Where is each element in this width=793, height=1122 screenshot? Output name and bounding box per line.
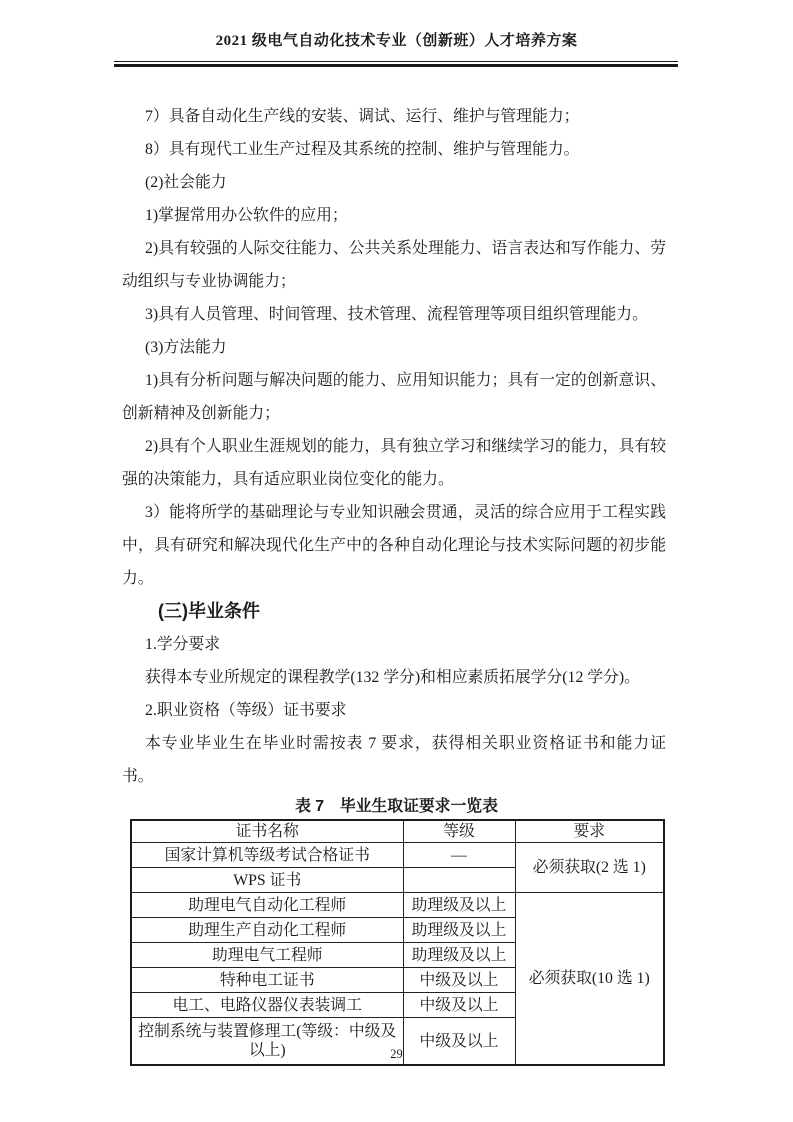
cert-level-cell: — [403,843,515,868]
page-number: 29 [0,1047,793,1062]
body-paragraph: 本专业毕业生在毕业时需按表 7 要求，获得相关职业资格证书和能力证书。 [122,727,666,793]
body-paragraph: 获得本专业所规定的课程教学(132 学分)和相应素质拓展学分(12 学分)。 [122,661,666,694]
cert-name-cell: 助理电气工程师 [131,943,403,968]
column-header-level: 等级 [403,820,515,843]
body-paragraph: 1.学分要求 [122,628,666,661]
body-paragraph: 3)具有人员管理、时间管理、技术管理、流程管理等项目组织管理能力。 [122,298,666,331]
body-paragraph: 1)掌握常用办公软件的应用； [122,199,666,232]
document-header: 2021 级电气自动化技术专业（创新班）人才培养方案 [0,0,793,67]
table-row: 助理电气自动化工程师 助理级及以上 必须获取(10 选 1) [131,893,664,918]
table-row: 国家计算机等级考试合格证书 — 必须获取(2 选 1) [131,843,664,868]
column-header-requirement: 要求 [515,820,664,843]
certificates-table: 证书名称 等级 要求 国家计算机等级考试合格证书 — 必须获取(2 选 1) W… [130,819,665,1066]
cert-level-cell: 助理级及以上 [403,893,515,918]
cert-level-cell: 助理级及以上 [403,943,515,968]
document-page: 2021 级电气自动化技术专业（创新班）人才培养方案 7）具备自动化生产线的安装… [0,0,793,1122]
document-body: 7）具备自动化生产线的安装、调试、运行、维护与管理能力； 8）具有现代工业生产过… [122,100,666,793]
header-double-rule [114,61,678,67]
cert-name-cell: WPS 证书 [131,868,403,893]
section-heading-graduation-conditions: (三)毕业条件 [122,595,666,628]
body-paragraph: 2.职业资格（等级）证书要求 [122,694,666,727]
cert-level-cell: 中级及以上 [403,993,515,1018]
document-header-title: 2021 级电气自动化技术专业（创新班）人才培养方案 [0,30,793,52]
column-header-cert-name: 证书名称 [131,820,403,843]
cert-requirement-cell: 必须获取(10 选 1) [515,893,664,1066]
table-caption: 表 7 毕业生取证要求一览表 [130,795,663,819]
certificates-table-block: 表 7 毕业生取证要求一览表 证书名称 等级 要求 国家计算机等级考试合格证书 … [130,795,663,1066]
cert-name-cell: 电工、电路仪器仪表装调工 [131,993,403,1018]
body-paragraph: 1)具有分析问题与解决问题的能力、应用知识能力；具有一定的创新意识、创新精神及创… [122,364,666,430]
cert-level-cell: 中级及以上 [403,968,515,993]
body-paragraph: (2)社会能力 [122,166,666,199]
cert-name-cell: 国家计算机等级考试合格证书 [131,843,403,868]
cert-name-cell: 助理电气自动化工程师 [131,893,403,918]
cert-name-cell: 助理生产自动化工程师 [131,918,403,943]
body-paragraph: 3）能将所学的基础理论与专业知识融会贯通，灵活的综合应用于工程实践中，具有研究和… [122,496,666,595]
body-paragraph: 7）具备自动化生产线的安装、调试、运行、维护与管理能力； [122,100,666,133]
body-paragraph: (3)方法能力 [122,331,666,364]
table-header-row: 证书名称 等级 要求 [131,820,664,843]
body-paragraph: 8）具有现代工业生产过程及其系统的控制、维护与管理能力。 [122,133,666,166]
body-paragraph: 2)具有个人职业生涯规划的能力，具有独立学习和继续学习的能力，具有较强的决策能力… [122,430,666,496]
cert-requirement-cell: 必须获取(2 选 1) [515,843,664,893]
cert-name-cell: 特种电工证书 [131,968,403,993]
cert-level-cell: 助理级及以上 [403,918,515,943]
body-paragraph: 2)具有较强的人际交往能力、公共关系处理能力、语言表达和写作能力、劳动组织与专业… [122,232,666,298]
cert-level-cell [403,868,515,893]
